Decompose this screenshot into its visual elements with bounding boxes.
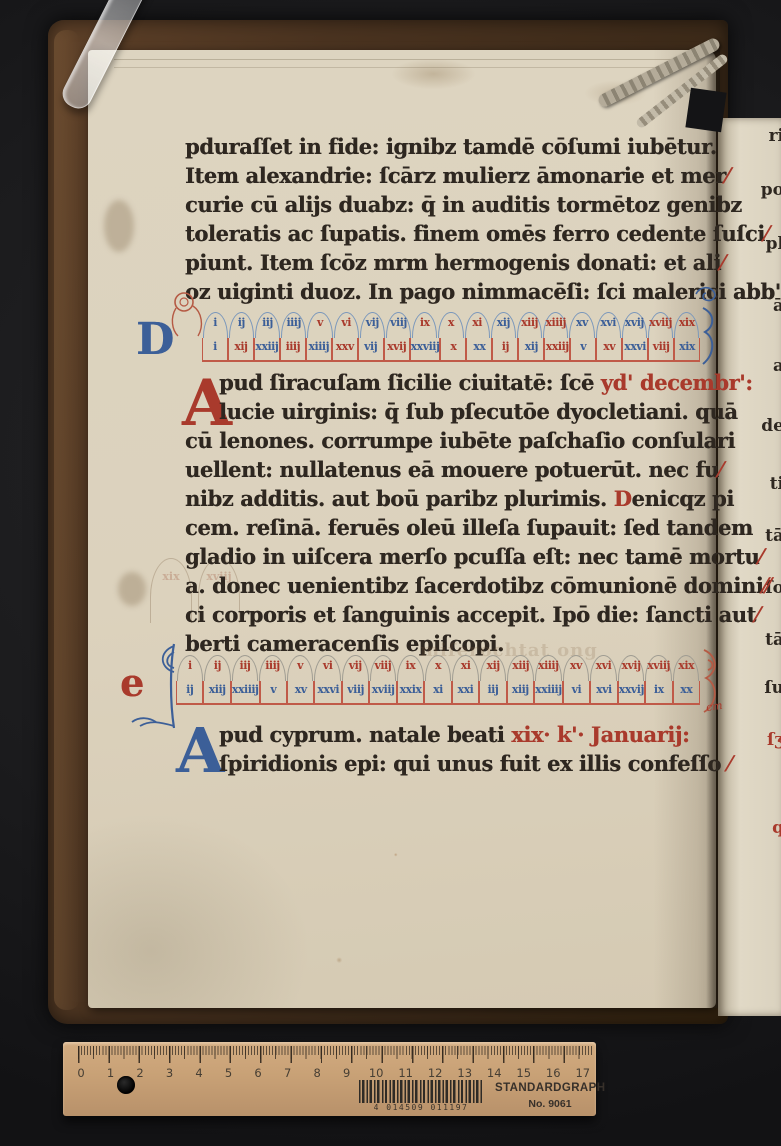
numeral-cell: xvi (590, 681, 617, 705)
numeral-cell: xviij (648, 312, 673, 338)
numeral-cell: xxvi (622, 338, 648, 362)
text-fragment: q (772, 818, 781, 838)
numeral-cell: x (438, 312, 463, 338)
text-line: pud cyprum. natale beati xix· k'· Januar… (185, 722, 710, 751)
paragraph-3: pud cyprum. natale beati xix· k'· Januar… (185, 722, 710, 780)
numeral-cell: xij (480, 655, 507, 681)
photo-stage: ripoplāadetitāſotāſuſʒq xix xviij pduraſ… (0, 0, 781, 1146)
numeral-cell: xxvij (618, 681, 645, 705)
text-line: nibz additis. aut boū paribz plurimis. D… (185, 486, 710, 515)
numeral-cell: xiij (507, 655, 534, 681)
ruler-model-number: No. 9061 (495, 1098, 605, 1110)
numeral-cell: xxiij (544, 338, 570, 362)
blue-penwork-swirl-icon (694, 280, 720, 306)
numeral-cell: xij (518, 338, 544, 362)
numeral-cell: xxi (452, 681, 479, 705)
numeral-cell: xvij (384, 338, 410, 362)
numeral-cell: xi (465, 312, 490, 338)
calendar-table-2: iijiijiiijvvivijviijixxxixijxiijxiiijxvx… (176, 655, 700, 705)
text-fragment: ri (769, 126, 781, 146)
ruler-hanging-hole (117, 1076, 135, 1094)
ruler-number: 12 (425, 1066, 445, 1080)
numeral-cell: xvi (596, 312, 621, 338)
text-line: pud ſiracuſam ſicilie ciuitatē: ſcē yd' … (185, 370, 710, 399)
wooden-ruler: 01234567891011121314151617 4 014509 0111… (63, 1042, 596, 1116)
table-row: ixijxxiijiiijxiiijxxvvijxvijxxviijxxxijx… (202, 338, 700, 362)
calendar-table-1: iijiijiiijvvivijviijixxxixijxiijxiiijxvx… (202, 312, 700, 362)
numeral-cell: xiij (203, 681, 230, 705)
text-line: lucie uirginis: q̄ ſub pſecutōe dyocleti… (185, 399, 710, 428)
text-line: ci corporis et ſanguinis accepit. Ipō di… (185, 602, 710, 631)
numeral-cell: xvij (622, 312, 647, 338)
numeral-cell: ix (412, 312, 437, 338)
numeral-cell: iiij (280, 338, 306, 362)
text-fragment: po (761, 180, 781, 200)
numeral-cell: xiiij (543, 312, 568, 338)
text-line: toleratis ac ſupatis. finem omēs ferro c… (185, 221, 710, 250)
numeral-cell: x (440, 338, 466, 362)
numeral-cell: ix (397, 655, 424, 681)
numeral-cell: iiij (281, 312, 306, 338)
numeral-cell: vij (358, 338, 384, 362)
numeral-cell: ij (492, 338, 518, 362)
numeral-cell: xi (424, 681, 451, 705)
ruler-number: 1 (101, 1066, 121, 1080)
numeral-cell: ix (645, 681, 672, 705)
text-line: oz uiginti duoz. In pago nimmacēſi: ſci … (185, 279, 710, 308)
numeral-cell: ij (229, 312, 254, 338)
ruler-number: 4 (189, 1066, 209, 1080)
blue-penwork-bracket-icon (697, 306, 719, 366)
numeral-cell: xv (563, 655, 590, 681)
numeral-cell: xxix (397, 681, 424, 705)
margin-initial-blue-D: D (136, 318, 174, 362)
ruler-number: 5 (219, 1066, 239, 1080)
numeral-cell: xiiij (306, 338, 332, 362)
numeral-cell: xxiiij (534, 681, 563, 705)
numeral-cell: xix (674, 312, 699, 338)
numeral-cell: iij (255, 312, 280, 338)
numeral-cell: v (570, 338, 596, 362)
numeral-cell: x (425, 655, 452, 681)
ruler-number: 14 (484, 1066, 504, 1080)
ruler-number: 9 (337, 1066, 357, 1080)
text-fragment: de (761, 416, 781, 436)
ruler-number: 2 (130, 1066, 150, 1080)
numeral-cell: xxiij (254, 338, 280, 362)
scribe-cm-mark: cm (705, 699, 723, 714)
numeral-cell: ij (204, 655, 231, 681)
numeral-cell: xxvi (314, 681, 341, 705)
text-fragment: tā (765, 630, 781, 650)
numeral-cell: vi (314, 655, 341, 681)
numeral-cell: i (202, 338, 228, 362)
ruler-numbers: 01234567891011121314151617 (71, 1066, 593, 1080)
ruler-cm-ticks (78, 1046, 594, 1063)
table-row: iijiijiiijvvivijviijixxxixijxiijxiiijxvx… (202, 312, 700, 338)
blue-flourish-left-icon (130, 642, 178, 730)
numeral-cell: viij (648, 338, 674, 362)
felt-gap (685, 88, 726, 133)
numeral-cell: i (177, 655, 204, 681)
table-row: iijiijiiijvvivijviijixxxixijxiijxiiijxvx… (176, 655, 700, 681)
text-fragment: a (773, 356, 781, 376)
numeral-cell: viij (386, 312, 411, 338)
ruler-number: 7 (278, 1066, 298, 1080)
table-row: ijxiijxxiiijvxvxxviviijxviijxxixxixxiiij… (176, 681, 700, 705)
numeral-cell: xvi (590, 655, 617, 681)
numeral-cell: xx (673, 681, 700, 705)
ruler-number: 13 (455, 1066, 475, 1080)
numeral-cell: vij (360, 312, 385, 338)
numeral-cell: xiij (517, 312, 542, 338)
ruler-number: 17 (573, 1066, 593, 1080)
paragraph-2: pud ſiracuſam ſicilie ciuitatē: ſcē yd' … (185, 370, 710, 660)
text-line: a. donec uenientibz ſacerdotibz cōmunion… (185, 573, 710, 602)
ruler-number: 3 (160, 1066, 180, 1080)
text-fragment: ti (770, 474, 781, 494)
text-fragment: ſu (764, 678, 781, 698)
ruled-border-line (114, 59, 682, 68)
numeral-cell: xiij (507, 681, 534, 705)
show-through-ghost (118, 572, 146, 606)
numeral-cell: xiiij (535, 655, 562, 681)
numeral-cell: v (307, 312, 332, 338)
numeral-cell: iij (232, 655, 259, 681)
text-line: cem. reſinā. feruēs oleū illeſa ſupauit:… (185, 515, 710, 544)
numeral-cell: xxv (332, 338, 358, 362)
numeral-cell: vi (563, 681, 590, 705)
numeral-cell: ij (176, 681, 203, 705)
ruler-number: 15 (514, 1066, 534, 1080)
numeral-cell: xv (287, 681, 314, 705)
numeral-cell: v (260, 681, 287, 705)
barcode-digits: 4 014509 011197 (355, 1103, 487, 1112)
numeral-cell: xij (228, 338, 254, 362)
ruler-number: 8 (307, 1066, 327, 1080)
numeral-cell: xxiiij (231, 681, 260, 705)
numeral-cell: xv (569, 312, 594, 338)
text-line: piunt. Item ſcōz mrm hermogenis donati: … (185, 250, 710, 279)
numeral-cell: viij (370, 655, 397, 681)
text-line: uellent: nullatenus eā mouere potuerūt. … (185, 457, 710, 486)
show-through-ghost (104, 200, 134, 252)
numeral-cell: v (287, 655, 314, 681)
text-line: ſpiridionis epi: qui unus fuit ex illis … (185, 751, 710, 780)
numeral-cell: i (203, 312, 228, 338)
ruler-number: 10 (366, 1066, 386, 1080)
numeral-cell: iij (479, 681, 506, 705)
text-line: cū lenones. corrumpe iubēte paſchaſio co… (185, 428, 710, 457)
numeral-cell: xviij (369, 681, 396, 705)
numeral-cell: xi (452, 655, 479, 681)
ruler-number: 16 (543, 1066, 563, 1080)
numeral-cell: viij (342, 681, 369, 705)
numeral-cell: xix (673, 655, 700, 681)
text-fragment: ſʒ (767, 730, 781, 750)
text-fragment: tā (765, 526, 781, 546)
numeral-cell: xviij (645, 655, 672, 681)
barcode-icon (359, 1080, 483, 1103)
numeral-cell: vij (342, 655, 369, 681)
numeral-cell: xvij (618, 655, 645, 681)
ruler-number: 6 (248, 1066, 268, 1080)
text-line: pduraſſet in fide: ignibz tamdē cōſumi i… (185, 134, 710, 163)
ruler-number: 0 (71, 1066, 91, 1080)
text-line: curie cū alijs duabz: q̄ in auditis torm… (185, 192, 710, 221)
numeral-cell: xij (491, 312, 516, 338)
text-line: gladio in uiſcera merſo pcuſſa eſt: nec … (185, 544, 710, 573)
numeral-cell: xxviij (410, 338, 441, 362)
text-line: Item alexandrie: ſcārz mulierz āmonarie … (185, 163, 710, 192)
numeral-cell: iiij (259, 655, 286, 681)
numeral-cell: xv (596, 338, 622, 362)
paragraph-1: pduraſſet in fide: ignibz tamdē cōſumi i… (185, 134, 710, 308)
numeral-cell: xx (466, 338, 492, 362)
ruler-number: 11 (396, 1066, 416, 1080)
numeral-cell: vi (334, 312, 359, 338)
ruler-brand: STANDARDGRAPH (495, 1082, 605, 1094)
